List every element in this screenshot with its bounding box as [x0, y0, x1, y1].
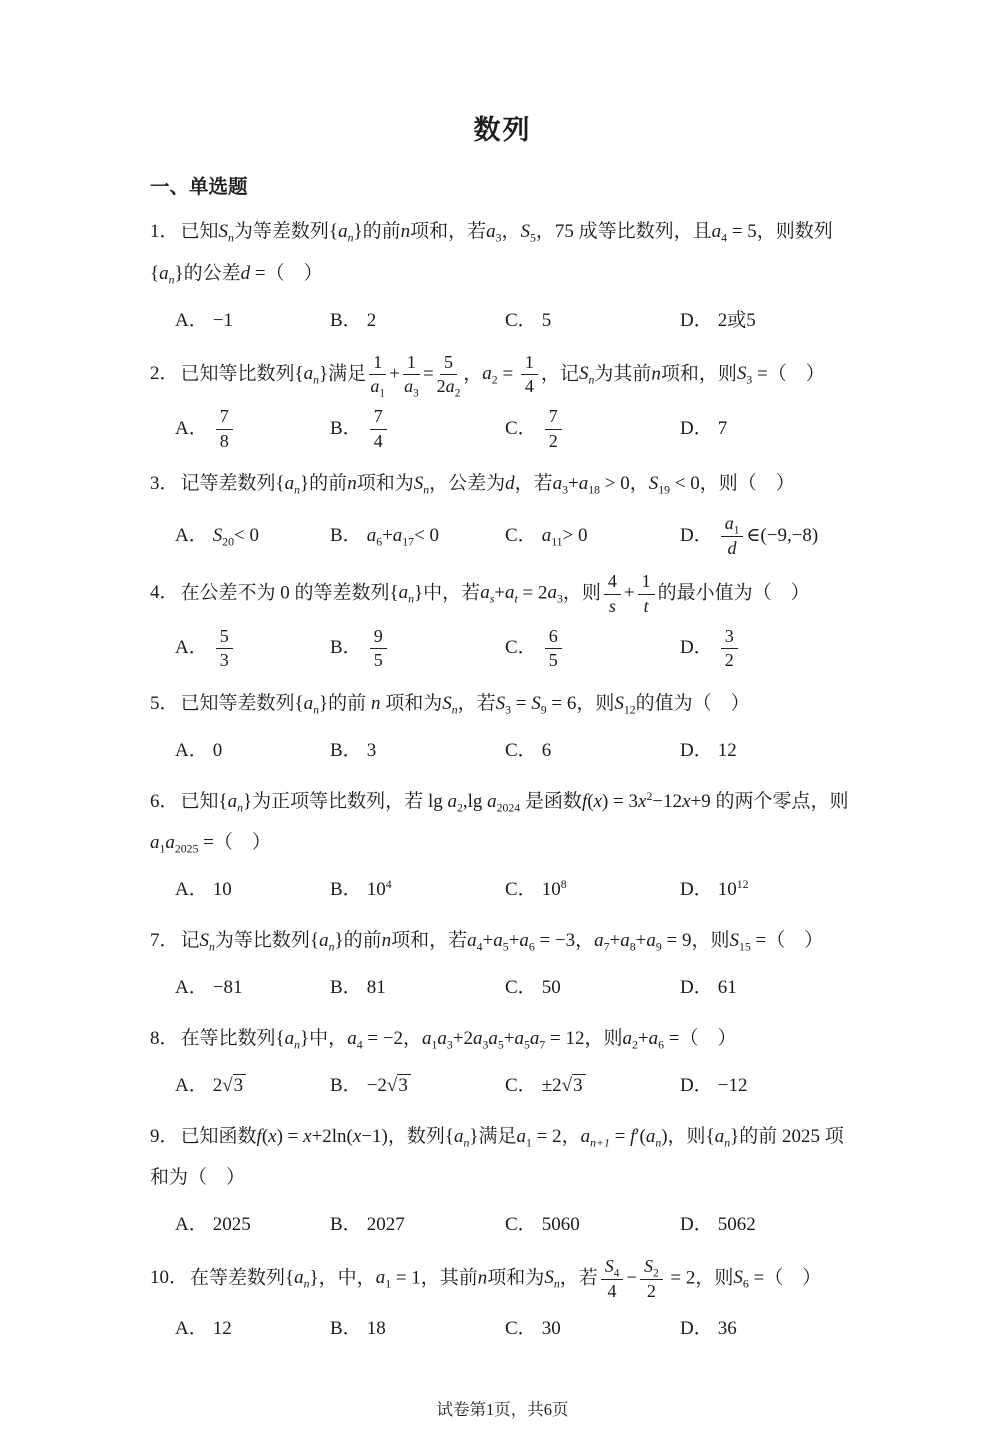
math-var: an — [159, 263, 174, 284]
denominator: 4 — [525, 375, 534, 398]
option-label: B． — [330, 517, 362, 556]
math-var: a7 — [594, 930, 609, 951]
option-C: C．108 — [505, 871, 680, 910]
math-var: a5 — [488, 1028, 503, 1049]
question-number: 2． — [150, 363, 179, 384]
math-var: Sn — [219, 221, 234, 242]
question-1: 1．已知Sn为等差数列{an}的前n项和，若a3，S5，75 成等比数列，且a4… — [150, 211, 855, 341]
denominator: 2 — [725, 649, 734, 672]
math-var: x2 — [638, 791, 652, 812]
math-var: an — [228, 791, 243, 812]
math-var: S4 — [605, 1256, 620, 1276]
text: > 0 — [563, 517, 588, 556]
options-row: A．−1B．2C．5D．2或5 — [150, 302, 855, 341]
text: 已知函数 — [181, 1126, 257, 1147]
text: ，75 成等比数列，且 — [536, 221, 712, 242]
option-label: A． — [175, 1206, 208, 1245]
text: 项和，若 — [391, 930, 467, 951]
text: 1 — [525, 352, 534, 372]
text: 5 — [220, 626, 229, 646]
math-var: a3 — [548, 582, 563, 603]
option-label: D． — [680, 302, 713, 341]
math-var: a2024 — [487, 791, 520, 812]
question-stem: 6．已知{an}为正项等比数列，若 lg a2,lg a2024 是函数f(x)… — [150, 781, 855, 865]
math-var: an+1 — [581, 1126, 610, 1147]
math-var: S5 — [521, 221, 536, 242]
numerator: 1 — [638, 570, 655, 594]
math-var: S20 — [213, 517, 234, 556]
denominator: 4 — [608, 1280, 617, 1303]
text: { — [150, 263, 159, 284]
text: 4 — [525, 376, 534, 396]
math-var: a11 — [542, 517, 563, 556]
denominator: 5 — [549, 649, 558, 672]
text: ，公差为 — [429, 473, 505, 494]
text: { — [295, 693, 304, 714]
text: } — [414, 582, 423, 603]
math-var: Sn — [442, 693, 457, 714]
math-var: as — [480, 582, 494, 603]
fraction: 74 — [370, 405, 387, 453]
text: 2 — [725, 650, 734, 670]
text: + — [624, 582, 635, 603]
option-A: A．S20 < 0 — [175, 512, 330, 560]
text: 项和，若 — [410, 221, 486, 242]
denominator: s — [609, 595, 616, 618]
text: 的前 — [328, 693, 371, 714]
math-var: an — [304, 363, 319, 384]
math-var: at — [505, 582, 518, 603]
text: } — [243, 791, 252, 812]
options-row: A．2√3B．−2√3C．±2√3D．−12 — [150, 1067, 855, 1106]
text: −81 — [213, 969, 243, 1008]
radicand: 3 — [233, 1074, 247, 1096]
option-label: D． — [680, 871, 713, 910]
fraction: 52a2 — [437, 351, 461, 399]
denominator: 2a2 — [437, 375, 461, 398]
option-B: B．104 — [330, 871, 505, 910]
text: lg — [428, 791, 448, 812]
math-var: a2 — [446, 376, 461, 396]
text: 5062 — [718, 1206, 756, 1245]
option-label: A． — [175, 871, 208, 910]
text: 6 — [549, 626, 558, 646]
math-var: a3 — [437, 1028, 452, 1049]
option-C: C．65 — [505, 625, 680, 673]
math-var: a1 — [517, 1126, 532, 1147]
text: 5060 — [542, 1206, 580, 1245]
radicand: 3 — [397, 1074, 411, 1096]
text: = 6，则 — [547, 693, 615, 714]
option-label: C． — [505, 1067, 537, 1106]
text: } — [175, 263, 184, 284]
math-var: a5 — [515, 1028, 530, 1049]
denominator: 2 — [549, 430, 558, 453]
text: 5 — [444, 352, 453, 372]
question-number: 9． — [150, 1126, 179, 1147]
numerator: 7 — [216, 405, 233, 429]
text: 在等差数列 — [190, 1267, 285, 1288]
options-row: A．53B．95C．65D．32 — [150, 625, 855, 673]
option-label: C． — [505, 1310, 537, 1349]
math-var: a3 — [404, 376, 419, 396]
text: + — [638, 1028, 649, 1049]
math-var: a6 — [519, 930, 534, 951]
denominator: d — [728, 537, 737, 560]
fraction: 4s — [604, 570, 621, 618]
math-var: 108 — [542, 871, 567, 910]
option-label: C． — [505, 302, 537, 341]
text: < 0 — [414, 517, 439, 556]
denominator: t — [644, 595, 649, 618]
option-label: D． — [680, 410, 713, 449]
page-title: 数列 — [150, 108, 855, 147]
math-var: S9 — [531, 693, 546, 714]
text: 的公差 — [184, 263, 241, 284]
math-var: a1 — [725, 513, 740, 533]
option-label: B． — [330, 871, 362, 910]
math-var: a3 — [553, 473, 568, 494]
text: { — [310, 930, 319, 951]
denominator: 5 — [374, 649, 383, 672]
text: 满足 — [328, 363, 366, 384]
text: 记 — [181, 930, 200, 951]
numerator: 4 — [604, 570, 621, 594]
text: + — [504, 1028, 515, 1049]
option-A: A．53 — [175, 625, 330, 673]
math-var: a1 — [370, 376, 385, 396]
text: 7 — [549, 406, 558, 426]
fraction: 1a3 — [403, 351, 420, 399]
question-stem: 2．已知等比数列{an}满足1a1+1a3=52a2，a2 = 14，记Sn为其… — [150, 351, 855, 399]
option-label: A． — [175, 969, 208, 1008]
math-var: S2 — [644, 1256, 659, 1276]
text: = 2， — [532, 1126, 581, 1147]
text: = — [511, 693, 531, 714]
math-var: a1 — [422, 1028, 437, 1049]
text: −2 — [367, 1067, 387, 1106]
text: + — [389, 363, 400, 384]
option-C: C．5060 — [505, 1206, 680, 1245]
text: 已知等差数列 — [181, 693, 295, 714]
math-var: a9 — [646, 930, 661, 951]
option-label: A． — [175, 732, 208, 771]
option-B: B．2 — [330, 302, 505, 341]
text: +2ln( — [312, 1126, 353, 1147]
fraction: 1a1 — [369, 351, 386, 399]
denominator: 8 — [220, 430, 229, 453]
denominator: a3 — [404, 375, 419, 398]
text: { — [295, 363, 304, 384]
square-root: √3 — [222, 1067, 246, 1106]
text: =（ ） — [198, 832, 270, 853]
text: 3 — [725, 626, 734, 646]
numerator: S4 — [601, 1255, 624, 1279]
text: 已知等比数列 — [181, 363, 295, 384]
text: 18 — [367, 1310, 386, 1349]
fraction: 78 — [216, 405, 233, 453]
text: ∈(−9,−8) — [746, 517, 818, 556]
text: 2 — [549, 431, 558, 451]
math-var: 1012 — [718, 871, 749, 910]
option-A: A．−1 — [175, 302, 330, 341]
numerator: S2 — [640, 1255, 663, 1279]
text: 已知 — [181, 221, 219, 242]
text: = −2， — [363, 1028, 422, 1049]
question-8: 8．在等比数列{an}中，a4 = −2，a1a3+2a3a5+a5a7 = 1… — [150, 1018, 855, 1106]
option-D: D．12 — [680, 732, 855, 771]
option-B: B．−2√3 — [330, 1067, 505, 1106]
math-var: a6 — [649, 1028, 664, 1049]
text: 61 — [718, 969, 737, 1008]
option-A: A．2025 — [175, 1206, 330, 1245]
question-number: 8． — [150, 1028, 179, 1049]
option-label: B． — [330, 302, 362, 341]
math-var: d — [728, 538, 737, 558]
math-var: a2 — [447, 791, 462, 812]
text: 5 — [549, 650, 558, 670]
option-label: D． — [680, 517, 713, 556]
question-stem: 4．在公差不为 0 的等差数列{an}中，若as+at = 2a3，则4s+1t… — [150, 570, 855, 618]
text: 10 — [213, 871, 232, 910]
option-B: B．3 — [330, 732, 505, 771]
text: −1 — [213, 302, 233, 341]
fraction: 95 — [370, 625, 387, 673]
text: } — [319, 693, 328, 714]
denominator: a1 — [370, 375, 385, 398]
text: = 9，则 — [662, 930, 730, 951]
option-D: D．2或5 — [680, 302, 855, 341]
math-var: an — [319, 930, 334, 951]
math-var: Sn — [544, 1267, 559, 1288]
option-D: D．1012 — [680, 871, 855, 910]
math-var: n — [651, 363, 661, 384]
text: ，记 — [541, 363, 579, 384]
text: ，若 — [560, 1267, 598, 1288]
text: ,lg — [463, 791, 487, 812]
text: + — [494, 582, 505, 603]
option-label: D． — [680, 629, 713, 668]
math-var: a5 — [493, 930, 508, 951]
option-label: D． — [680, 1310, 713, 1349]
question-stem: 7．记Sn为等比数列{an}的前n项和，若a4+a5+a6 = −3，a7+a8… — [150, 920, 855, 962]
math-var: x — [682, 791, 690, 812]
math-var: t — [644, 596, 649, 616]
options-row: A．0B．3C．6D．12 — [150, 732, 855, 771]
question-number: 6． — [150, 791, 179, 812]
numerator: 5 — [216, 625, 233, 649]
text: } — [730, 1126, 739, 1147]
math-var: a6 — [367, 517, 382, 556]
numerator: a1 — [721, 512, 744, 536]
math-var: a2025 — [165, 832, 198, 853]
text: { — [445, 1126, 454, 1147]
text: 2 — [367, 302, 377, 341]
text: 3 — [367, 732, 377, 771]
math-var: an — [304, 693, 319, 714]
question-number: 7． — [150, 930, 179, 951]
question-4: 4．在公差不为 0 的等差数列{an}中，若as+at = 2a3，则4s+1t… — [150, 570, 855, 673]
option-A: A．10 — [175, 871, 330, 910]
text: 7 — [718, 410, 728, 449]
option-A: A．78 — [175, 405, 330, 453]
fraction: 1t — [638, 570, 655, 618]
text: = 2，则 — [666, 1267, 734, 1288]
text: 项和为 — [487, 1267, 544, 1288]
text: } — [310, 1267, 319, 1288]
text: { — [329, 221, 338, 242]
option-label: C． — [505, 732, 537, 771]
option-label: C． — [505, 410, 537, 449]
radical-sign: √ — [222, 1075, 232, 1096]
math-var: x — [268, 1126, 276, 1147]
math-var: Sn — [579, 363, 594, 384]
option-C: C．30 — [505, 1310, 680, 1349]
numerator: 5 — [440, 351, 457, 375]
question-10: 10．在等差数列{an}，中，a1 = 1，其前n项和为Sn，若S44−S22 … — [150, 1255, 855, 1349]
option-label: B． — [330, 410, 362, 449]
text: − — [626, 1267, 637, 1288]
math-var: n — [478, 1267, 488, 1288]
option-C: C．50 — [505, 969, 680, 1008]
question-stem: 8．在等比数列{an}中，a4 = −2，a1a3+2a3a5+a5a7 = 1… — [150, 1018, 855, 1060]
text: 在公差不为 0 的等差数列 — [181, 582, 390, 603]
text: } — [319, 363, 328, 384]
option-label: C． — [505, 969, 537, 1008]
numerator: 1 — [403, 351, 420, 375]
questions: 1．已知Sn为等差数列{an}的前n项和，若a3，S5，75 成等比数列，且a4… — [150, 201, 855, 1350]
math-var: S3 — [737, 363, 752, 384]
option-label: D． — [680, 732, 713, 771]
option-label: C． — [505, 517, 537, 556]
option-B: B．2027 — [330, 1206, 505, 1245]
text: + — [382, 517, 393, 556]
text: 8 — [220, 431, 229, 451]
text: { — [390, 582, 399, 603]
option-C: C．a11 > 0 — [505, 512, 680, 560]
option-A: A．−81 — [175, 969, 330, 1008]
text: = 5，则数列 — [727, 221, 833, 242]
denominator: 2 — [647, 1280, 656, 1303]
option-label: B． — [330, 1206, 362, 1245]
fraction: S44 — [601, 1255, 624, 1303]
question-6: 6．已知{an}为正项等比数列，若 lg a2,lg a2024 是函数f(x)… — [150, 781, 855, 911]
math-var: n — [371, 693, 381, 714]
option-label: A． — [175, 302, 208, 341]
option-B: B．a6+a17 < 0 — [330, 512, 505, 560]
denominator: 3 — [220, 649, 229, 672]
text: 4 — [374, 431, 383, 451]
math-var: a8 — [620, 930, 635, 951]
text: 已知 — [181, 791, 219, 812]
question-2: 2．已知等比数列{an}满足1a1+1a3=52a2，a2 = 14，记Sn为其… — [150, 351, 855, 454]
option-D: D．36 — [680, 1310, 855, 1349]
math-var: 104 — [367, 871, 392, 910]
math-var: a2 — [482, 363, 497, 384]
fraction: 14 — [521, 351, 538, 399]
math-var: a4 — [347, 1028, 362, 1049]
option-label: D． — [680, 1206, 713, 1245]
text: } — [300, 1028, 309, 1049]
text: =（ ） — [751, 930, 823, 951]
question-stem: 10．在等差数列{an}，中，a1 = 1，其前n项和为Sn，若S44−S22 … — [150, 1255, 855, 1303]
math-var: a3 — [486, 221, 501, 242]
fraction: 32 — [721, 625, 738, 673]
option-label: A． — [175, 517, 208, 556]
options-row: A．−81B．81C．50D．61 — [150, 969, 855, 1008]
option-label: B． — [330, 1067, 362, 1106]
options-row: A．78B．74C．72D．7 — [150, 405, 855, 453]
text: ) = — [277, 1126, 304, 1147]
text: 项和，则 — [661, 363, 737, 384]
text: 2 — [213, 1067, 223, 1106]
math-var: an — [294, 1267, 309, 1288]
exam-page: 数列 一、单选题 1．已知Sn为等差数列{an}的前n项和，若a3，S5，75 … — [0, 0, 1000, 1446]
text: { — [285, 1267, 294, 1288]
text: { — [706, 1126, 715, 1147]
option-B: B．18 — [330, 1310, 505, 1349]
numerator: 1 — [369, 351, 386, 375]
text: = 12，则 — [545, 1028, 622, 1049]
math-var: Sn — [414, 473, 429, 494]
option-A: A．2√3 — [175, 1067, 330, 1106]
option-label: B． — [330, 1310, 362, 1349]
fraction: a1d — [721, 512, 744, 560]
text: −12 — [652, 791, 682, 812]
numerator: 3 — [721, 625, 738, 649]
option-label: A． — [175, 410, 208, 449]
option-D: D．−12 — [680, 1067, 855, 1106]
text: 为等差数列 — [234, 221, 329, 242]
radical-sign: √ — [562, 1075, 572, 1096]
section-heading: 一、单选题 — [150, 171, 855, 199]
math-var: a1 — [150, 832, 165, 853]
text: = — [610, 1126, 630, 1147]
question-7: 7．记Sn为等比数列{an}的前n项和，若a4+a5+a6 = −3，a7+a8… — [150, 920, 855, 1008]
text: 项和为 — [380, 693, 442, 714]
math-var: a2 — [623, 1028, 638, 1049]
text: ，若 — [458, 693, 496, 714]
text: 1 — [373, 352, 382, 372]
text: } — [469, 1126, 478, 1147]
text: ，则 — [563, 582, 601, 603]
numerator: 7 — [545, 405, 562, 429]
math-var: an — [338, 221, 353, 242]
text: ，若 — [515, 473, 553, 494]
math-var: d — [505, 473, 515, 494]
text: 7 — [220, 406, 229, 426]
text: < 0，则（ ） — [670, 473, 795, 494]
text: −12 — [718, 1067, 748, 1106]
text: + — [509, 930, 520, 951]
question-number: 10． — [150, 1267, 188, 1288]
option-label: D． — [680, 969, 713, 1008]
text: } — [353, 221, 362, 242]
square-root: √3 — [562, 1067, 586, 1106]
option-label: C． — [505, 871, 537, 910]
text: 2 — [647, 1281, 656, 1301]
text: 2027 — [367, 1206, 405, 1245]
question-stem: 5．已知等差数列{an}的前 n 项和为Sn，若S3 = S9 = 6，则S12… — [150, 683, 855, 725]
text: =（ ） — [749, 1267, 821, 1288]
options-row: A．12B．18C．30D．36 — [150, 1310, 855, 1349]
text: } — [334, 930, 343, 951]
math-var: an — [285, 473, 300, 494]
math-var: d — [241, 263, 251, 284]
radical-sign: √ — [387, 1075, 397, 1096]
text: 4 — [608, 1281, 617, 1301]
text: 1 — [407, 352, 416, 372]
